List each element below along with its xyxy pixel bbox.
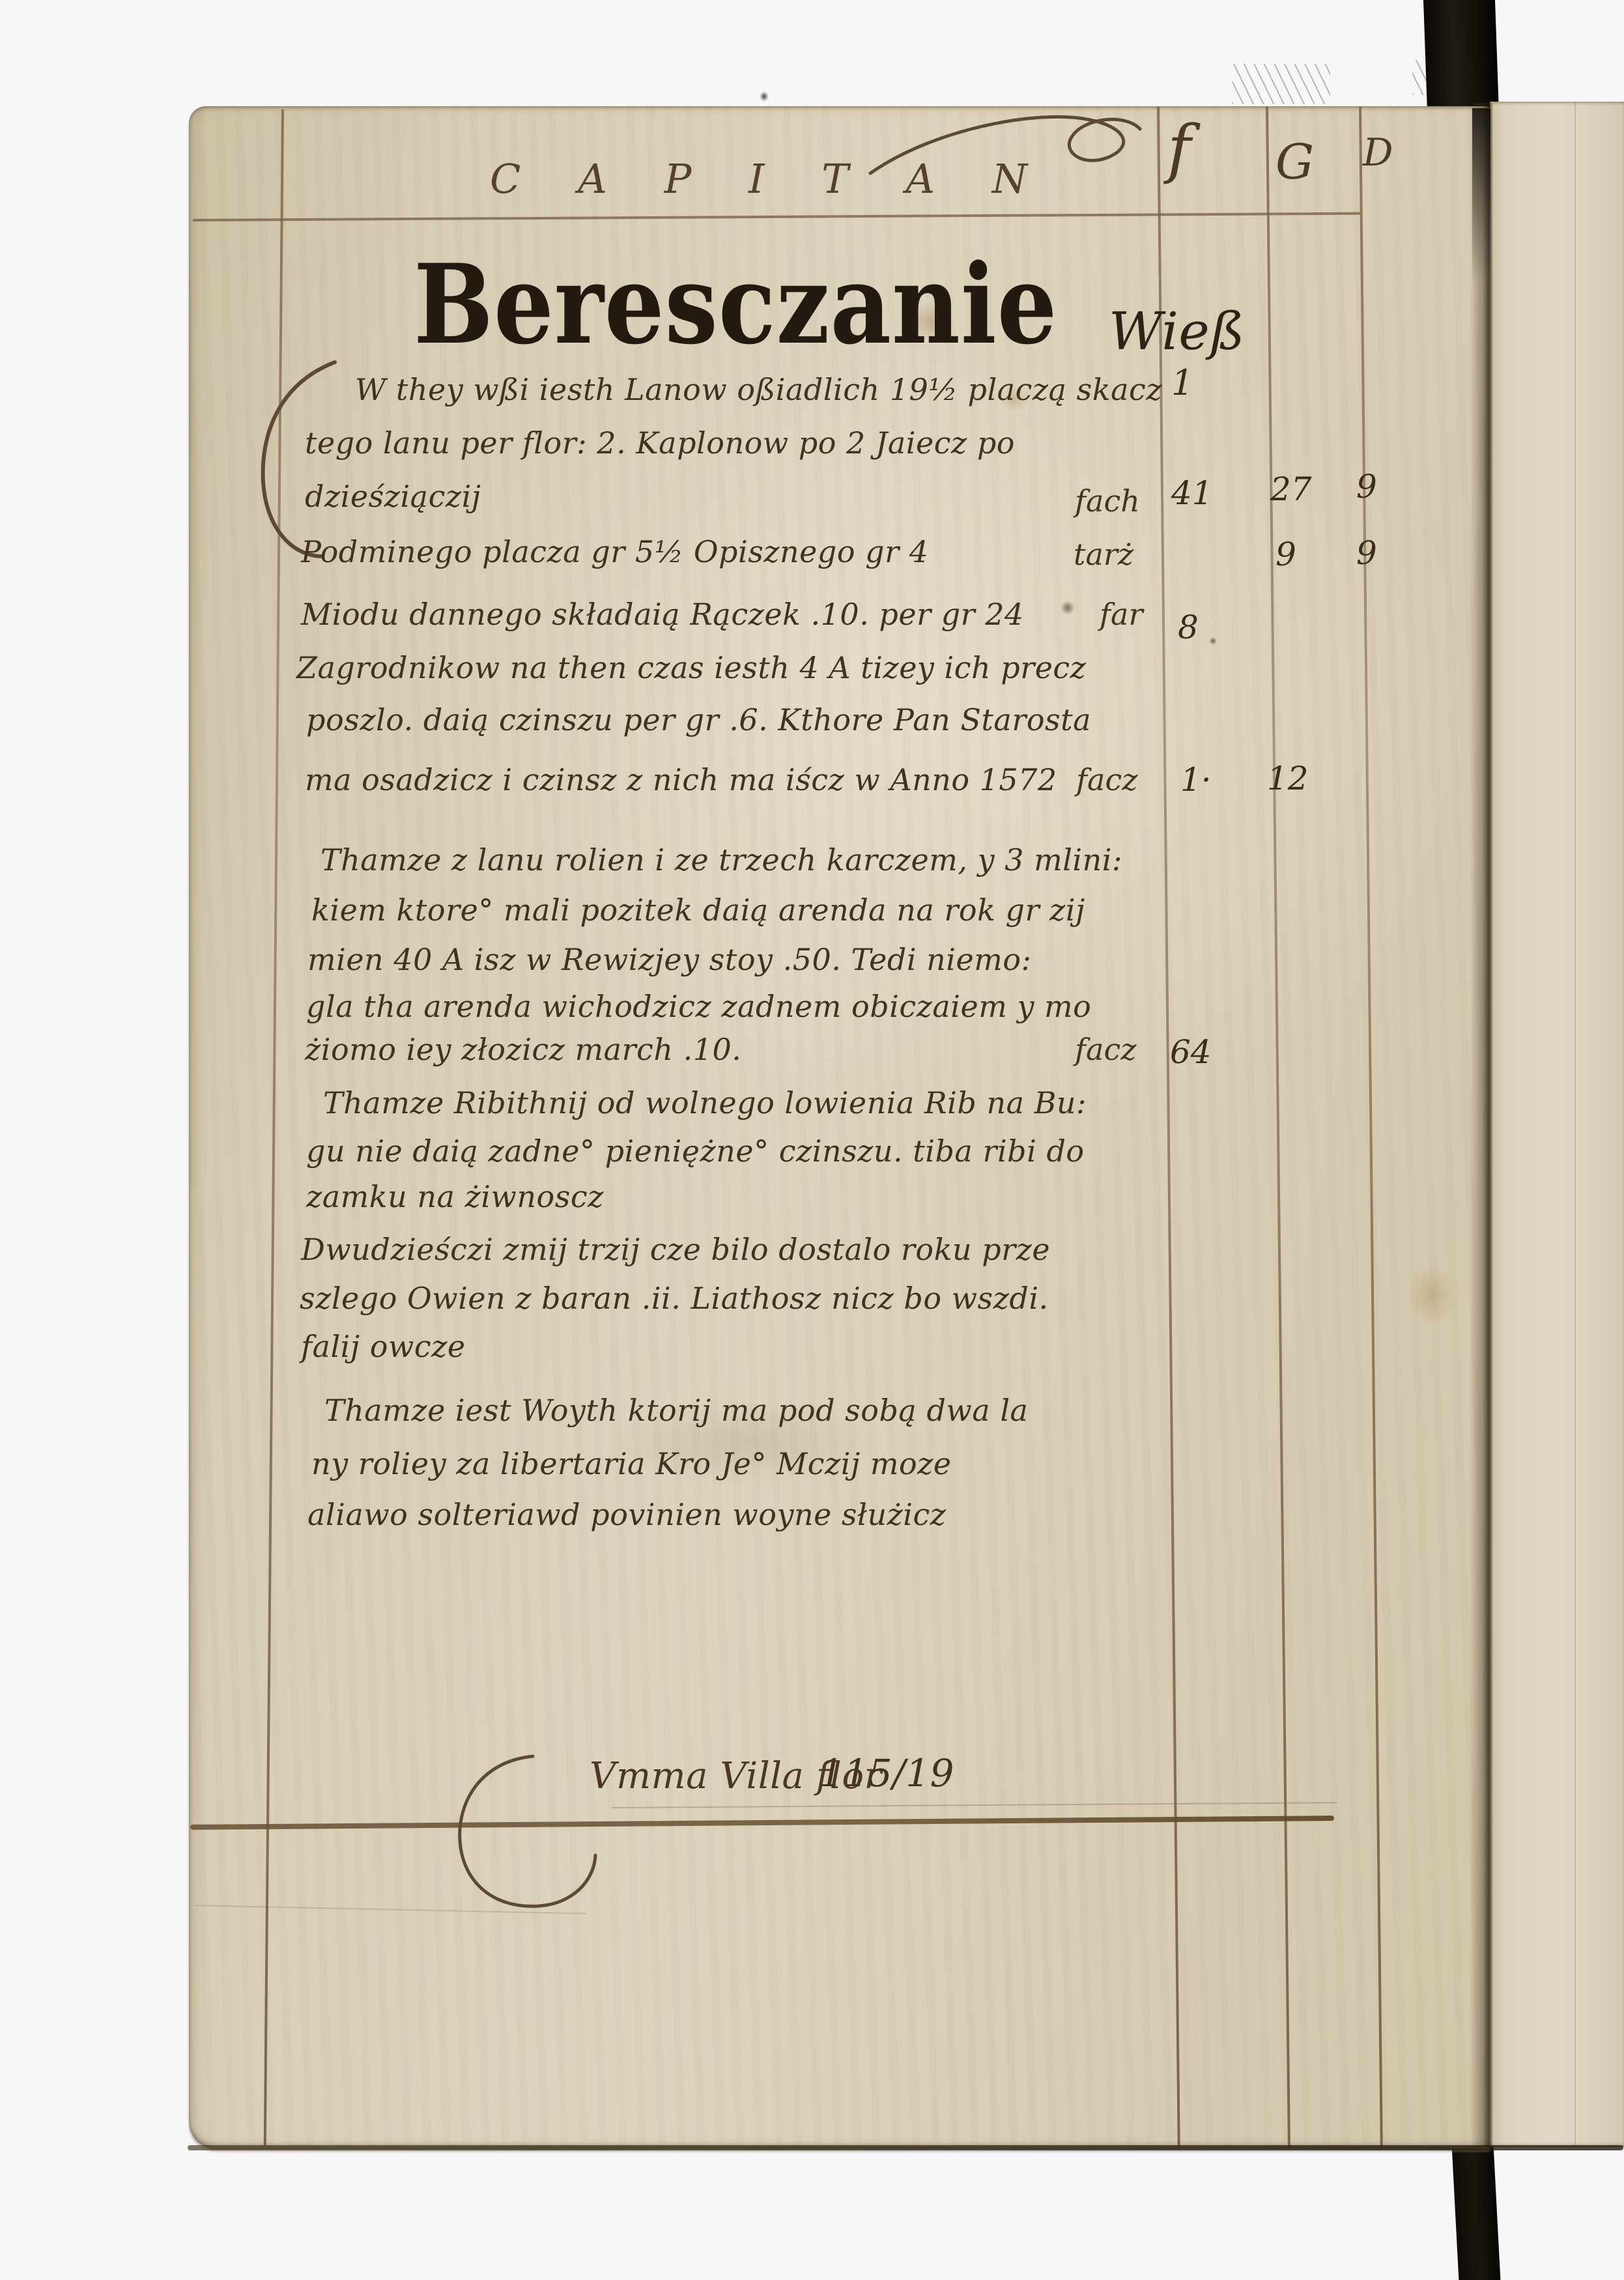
amount-d: 9 [1356, 468, 1377, 506]
column-header-f: f [1167, 112, 1191, 186]
text-line: falij owcze [301, 1332, 466, 1361]
header-flourish-icon [866, 106, 1147, 190]
ink-stain [1061, 601, 1075, 615]
text-line: tego lanu per flor: 2. Kaplonow po 2 Jai… [305, 428, 1015, 458]
binding-ribbon-bottom [1452, 2146, 1501, 2280]
page-marker: 1 [1171, 362, 1194, 403]
amount-f: 64 [1170, 1033, 1212, 1071]
text-line: Thamze iest Woyth ktorij ma pod sobą dwa… [324, 1395, 1028, 1425]
next-leaf [1490, 102, 1624, 2147]
text-line: ma osadzicz i czinsz z nich ma iścz w An… [305, 765, 1057, 795]
amount-label: far [1100, 597, 1143, 632]
amount-label: facz [1075, 1032, 1136, 1067]
amount-f: 8 [1178, 608, 1199, 646]
text-line: poszlo. daią czinszu per gr .6. Kthore P… [306, 705, 1091, 735]
amount-f: 41 [1171, 474, 1213, 512]
manuscript-page [189, 106, 1490, 2149]
crease-ink-smudge [1472, 108, 1490, 284]
text-line: aliawo solteriawd povinien woyne służicz [307, 1500, 947, 1530]
title-suffix: Wieß [1109, 301, 1245, 362]
amount-label: tarż [1074, 537, 1133, 572]
page-crease [1470, 103, 1493, 2147]
amount-g: 9 [1275, 535, 1296, 573]
ink-specks [1232, 64, 1330, 104]
ink-specks [1412, 60, 1471, 95]
text-line: kiem ktore° mali pozitek daią arenda na … [311, 895, 1085, 925]
text-line: Miodu dannego składaią Rączek .10. per g… [301, 599, 1024, 629]
text-line: ny roliey za libertaria Kro Je° Mczij mo… [311, 1449, 952, 1479]
binding-ribbon-top [1423, 0, 1499, 112]
amount-d: 9 [1356, 534, 1377, 572]
ink-dot [760, 91, 769, 102]
column-header-d: D [1363, 130, 1393, 175]
paper-texture [189, 106, 1490, 2149]
scanned-manuscript: C A P I T A N f G D Beresczanie Wieß 1 W… [0, 0, 1624, 2280]
page-title: Beresczanie [414, 240, 1057, 369]
page-bottom-edge [188, 2145, 1623, 2150]
summa-value: 115/19 [819, 1751, 954, 1795]
ink-stain [1407, 1264, 1457, 1326]
next-leaf-grain [1574, 102, 1576, 2147]
amount-label: fach [1075, 483, 1140, 519]
column-header-g: G [1275, 134, 1315, 190]
text-line: dzieśziączij [305, 481, 481, 511]
amount-g: 12 [1267, 760, 1309, 797]
text-line: szlego Owien z baran .ii. Liathosz nicz … [300, 1283, 1049, 1313]
text-line: Zagrodnikow na then czas iesth 4 A tizey… [296, 653, 1086, 683]
amount-f: 1· [1180, 761, 1212, 799]
amount-g: 27 [1270, 470, 1312, 508]
text-line: Thamze z lanu rolien i ze trzech karczem… [321, 845, 1122, 875]
text-line: Thamze Ribithnij od wolnego lowienia Rib… [323, 1088, 1087, 1118]
text-line: W they wßi iesth Lanow oßiadlich 19½ pla… [355, 375, 1162, 405]
text-line: Podminego placza gr 5½ Opisznego gr 4 [301, 537, 928, 567]
text-line: mien 40 A isz w Rewizjey stoy .50. Tedi … [307, 945, 1032, 975]
text-line: Dwudzieśczi zmij trzij cze bilo dostalo … [301, 1234, 1050, 1264]
text-line: gu nie daią zadne° pieniężne° czinszu. t… [306, 1136, 1085, 1166]
text-line: żiomo iey złozicz march .10. [305, 1034, 741, 1064]
amount-label: facz [1076, 762, 1137, 797]
text-line: zamku na żiwnoscz [306, 1182, 604, 1212]
text-line: gla tha arenda wichodzicz zadnem obiczai… [306, 991, 1091, 1021]
ink-dot [1209, 637, 1217, 645]
